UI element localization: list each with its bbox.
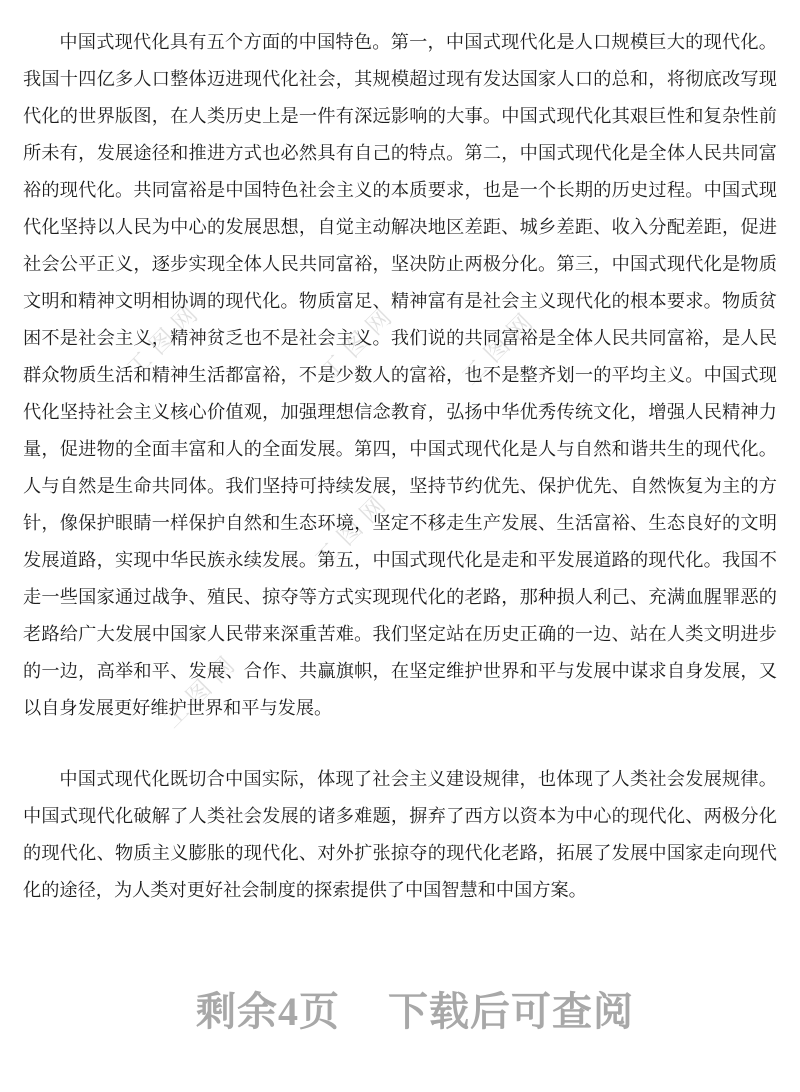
- text-line: 针，像保护眼睛一样保护自然和生态环境，坚定不移走生产发展、生活富裕、生态良好的文…: [23, 505, 777, 542]
- remaining-pages-banner: 剩余4页 下载后可查阅: [0, 990, 800, 1034]
- text-line: 中国式现代化既切合中国实际，体现了社会主义建设规律，也体现了人类社会发展规律。: [23, 761, 777, 798]
- remaining-pages-label: 剩余4页: [196, 990, 340, 1034]
- paragraph: 中国式现代化具有五个方面的中国特色。第一，中国式现代化是人口规模巨大的现代化。我…: [23, 24, 777, 727]
- text-line: 社会公平正义，逐步实现全体人民共同富裕，坚决防止两极分化。第三，中国式现代化是物…: [23, 246, 777, 283]
- text-line: 我国十四亿多人口整体迈进现代化社会，其规模超过现有发达国家人口的总和，将彻底改写…: [23, 61, 777, 98]
- text-line: 发展道路，实现中华民族永续发展。第五，中国式现代化是走和平发展道路的现代化。我国…: [23, 542, 777, 579]
- text-line: 走一些国家通过战争、殖民、掠夺等方式实现现代化的老路，那种损人利己、充满血腥罪恶…: [23, 579, 777, 616]
- text-line: 的一边，高举和平、发展、合作、共赢旗帜，在坚定维护世界和平与发展中谋求自身发展，…: [23, 653, 777, 690]
- text-line: 以自身发展更好维护世界和平与发展。: [23, 690, 777, 727]
- download-hint-label: 下载后可查阅: [388, 990, 634, 1034]
- document-page: 工图网工图网工图网工图网工图网 中国式现代化具有五个方面的中国特色。第一，中国式…: [0, 0, 800, 1092]
- text-line: 中国式现代化具有五个方面的中国特色。第一，中国式现代化是人口规模巨大的现代化。: [23, 24, 777, 61]
- text-line: 代化坚持以人民为中心的发展思想，自觉主动解决地区差距、城乡差距、收入分配差距，促…: [23, 209, 777, 246]
- text-line: 裕的现代化。共同富裕是中国特色社会主义的本质要求，也是一个长期的历史过程。中国式…: [23, 172, 777, 209]
- text-line: 人与自然是生命共同体。我们坚持可持续发展，坚持节约优先、保护优先、自然恢复为主的…: [23, 468, 777, 505]
- text-line: 困不是社会主义，精神贫乏也不是社会主义。我们说的共同富裕是全体人民共同富裕，是人…: [23, 320, 777, 357]
- text-line: 老路给广大发展中国家人民带来深重苦难。我们坚定站在历史正确的一边、站在人类文明进…: [23, 616, 777, 653]
- text-line: 化的途径，为人类对更好社会制度的探索提供了中国智慧和中国方案。: [23, 872, 777, 909]
- text-line: 代化的世界版图，在人类历史上是一件有深远影响的大事。中国式现代化其艰巨性和复杂性…: [23, 98, 777, 135]
- text-line: 中国式现代化破解了人类社会发展的诸多难题，摒弃了西方以资本为中心的现代化、两极分…: [23, 798, 777, 835]
- paragraph: 中国式现代化既切合中国实际，体现了社会主义建设规律，也体现了人类社会发展规律。中…: [23, 761, 777, 909]
- document-body: 中国式现代化具有五个方面的中国特色。第一，中国式现代化是人口规模巨大的现代化。我…: [23, 24, 777, 909]
- text-line: 群众物质生活和精神生活都富裕，不是少数人的富裕，也不是整齐划一的平均主义。中国式…: [23, 357, 777, 394]
- text-line: 代化坚持社会主义核心价值观，加强理想信念教育，弘扬中华优秀传统文化，增强人民精神…: [23, 394, 777, 431]
- text-line: 量，促进物的全面丰富和人的全面发展。第四，中国式现代化是人与自然和谐共生的现代化…: [23, 431, 777, 468]
- text-line: 所未有，发展途径和推进方式也必然具有自己的特点。第二，中国式现代化是全体人民共同…: [23, 135, 777, 172]
- text-line: 文明和精神文明相协调的现代化。物质富足、精神富有是社会主义现代化的根本要求。物质…: [23, 283, 777, 320]
- text-line: 的现代化、物质主义膨胀的现代化、对外扩张掠夺的现代化老路，拓展了发展中国家走向现…: [23, 835, 777, 872]
